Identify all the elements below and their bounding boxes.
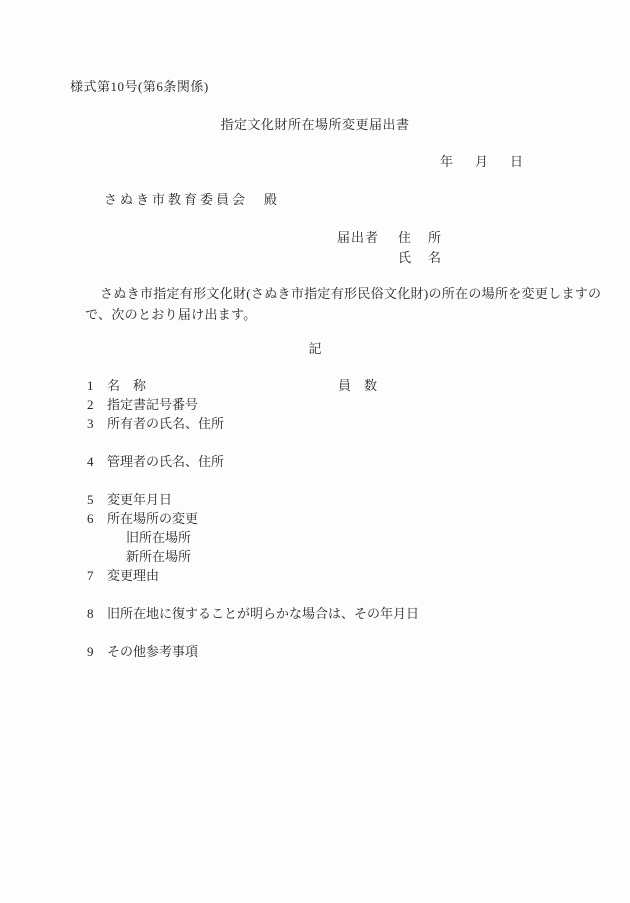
body-line-1: さぬき市指定有形文化財(さぬき市指定有形民俗文化財)の所在の場所を変更しますの bbox=[85, 283, 601, 304]
declarant-name-label: 氏 名 bbox=[398, 248, 443, 268]
item-label: 管理者の氏名、住所 bbox=[107, 452, 224, 471]
list-item-9: 9 その他参考事項 bbox=[87, 642, 419, 661]
date-day-label: 日 bbox=[510, 153, 523, 170]
item-label: 変更理由 bbox=[107, 566, 159, 585]
list-item-6: 6 所在場所の変更 bbox=[87, 509, 419, 528]
page-title: 指定文化財所在場所変更届出書 bbox=[0, 115, 630, 134]
date-line: 年 月 日 bbox=[440, 153, 523, 170]
body-line-2: で、次のとおり届け出ます。 bbox=[85, 304, 601, 325]
list-item-2: 2 指定書記号番号 bbox=[87, 395, 419, 414]
item-number: 5 bbox=[87, 490, 107, 509]
item-label: 旧所在地に復することが明らかな場合は、その年月日 bbox=[107, 604, 419, 623]
item-label: 指定書記号番号 bbox=[107, 395, 198, 414]
document-page: 様式第10号(第6条関係) 指定文化財所在場所変更届出書 年 月 日 さぬき市教… bbox=[0, 0, 630, 903]
declarant-fields: 住 所 氏 名 bbox=[398, 228, 443, 268]
record-heading: 記 bbox=[0, 340, 630, 357]
item-list: 1 名 称 員 数 2 指定書記号番号 3 所有者の氏名、住所 4 管理者の氏名… bbox=[87, 376, 419, 661]
list-item-6-sub-new-location: 新所在場所 bbox=[87, 547, 419, 566]
item-number: 3 bbox=[87, 414, 107, 433]
addressee: さぬき市教育委員会 殿 bbox=[104, 190, 280, 209]
body-paragraph: さぬき市指定有形文化財(さぬき市指定有形民俗文化財)の所在の場所を変更しますの … bbox=[85, 283, 601, 325]
item-label: 変更年月日 bbox=[107, 490, 172, 509]
item-number: 8 bbox=[87, 604, 107, 623]
date-year-label: 年 bbox=[440, 153, 453, 170]
item-number: 7 bbox=[87, 566, 107, 585]
item-number: 2 bbox=[87, 395, 107, 414]
item-label: 所在場所の変更 bbox=[107, 509, 198, 528]
list-item-1: 1 名 称 員 数 bbox=[87, 376, 419, 395]
item-label: 名 称 bbox=[107, 376, 146, 395]
list-item-6-sub-old-location: 旧所在場所 bbox=[87, 528, 419, 547]
item-number: 1 bbox=[87, 376, 107, 395]
form-number: 様式第10号(第6条関係) bbox=[70, 77, 209, 96]
item-label: 所有者の氏名、住所 bbox=[107, 414, 224, 433]
list-item-4: 4 管理者の氏名、住所 bbox=[87, 452, 419, 471]
declarant-label: 届出者 bbox=[337, 228, 379, 248]
item-number: 4 bbox=[87, 452, 107, 471]
declarant-address-label: 住 所 bbox=[398, 228, 443, 248]
item-number: 6 bbox=[87, 509, 107, 528]
item-label: その他参考事項 bbox=[107, 642, 198, 661]
list-item-3: 3 所有者の氏名、住所 bbox=[87, 414, 419, 433]
list-item-8: 8 旧所在地に復することが明らかな場合は、その年月日 bbox=[87, 604, 419, 623]
list-item-7: 7 変更理由 bbox=[87, 566, 419, 585]
item-extra-label: 員 数 bbox=[338, 376, 377, 395]
item-number: 9 bbox=[87, 642, 107, 661]
date-month-label: 月 bbox=[475, 153, 488, 170]
list-item-5: 5 変更年月日 bbox=[87, 490, 419, 509]
